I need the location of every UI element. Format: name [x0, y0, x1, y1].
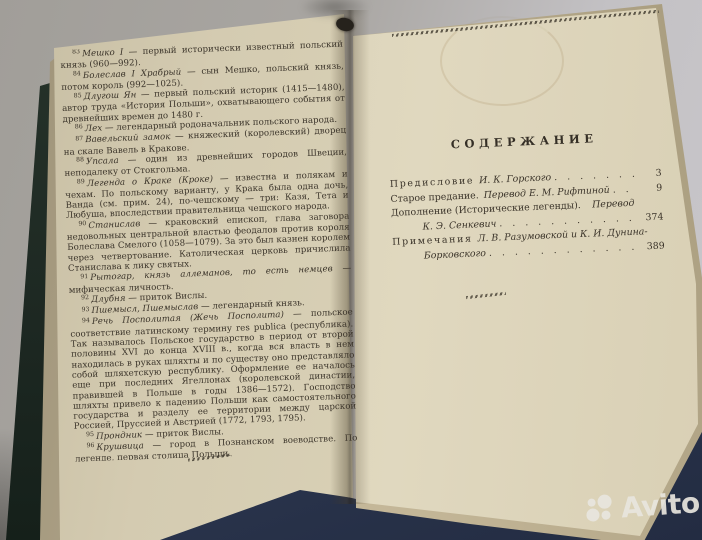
- footnote-number: 84: [73, 70, 81, 77]
- toc-page-number: 374: [641, 210, 664, 226]
- footnote-number: 91: [80, 273, 88, 280]
- toc-page-number: 389: [642, 239, 665, 255]
- footnote-term: Мешко I: [82, 48, 124, 60]
- footnote-number: 89: [77, 178, 85, 185]
- toc-page-number: 3: [639, 167, 662, 183]
- footnote-term: Станислав: [88, 219, 140, 231]
- footnote-number: 83: [72, 49, 80, 56]
- watermark-label: Avito: [620, 486, 701, 524]
- open-book-photo: 83Мешко I — первый исторически известный…: [0, 0, 702, 540]
- footnote-number: 90: [78, 220, 86, 227]
- footnote-number: 95: [86, 431, 94, 438]
- footnote-number: 94: [82, 317, 90, 324]
- toc-dot-leader: . . . . .: [612, 182, 637, 198]
- footnote-number: 88: [76, 157, 84, 164]
- notes-list: 83Мешко I — первый исторически известный…: [60, 40, 358, 462]
- toc-translator: Борковского: [424, 247, 487, 264]
- footnote-number: 96: [86, 442, 94, 449]
- footnote-number: 92: [81, 294, 89, 301]
- footnote-term: Крушвица: [96, 441, 144, 453]
- table-of-contents: СОДЕРЖАНИЕ Предисловие И. К. Горского . …: [388, 129, 665, 266]
- footnote-term: Лех: [85, 124, 103, 135]
- footnote-term: Прондник: [96, 430, 142, 442]
- footnote-item: 94Речь Посполитая (Жечь Посполита) — пол…: [70, 308, 357, 433]
- footnote-term: Длубня: [91, 294, 126, 305]
- footnote-number: 87: [75, 135, 83, 142]
- footnote-number: 86: [75, 124, 83, 131]
- toc-page-number: 9: [640, 181, 663, 197]
- footnote-number: 85: [74, 92, 82, 99]
- toc-page-number: [641, 205, 663, 206]
- footnote-number: 93: [81, 306, 89, 313]
- footnote-term: Упсала: [86, 156, 119, 167]
- avito-circles-icon: [585, 493, 617, 525]
- toc-entries: Предисловие И. К. Горского . . . . . . .…: [390, 167, 665, 266]
